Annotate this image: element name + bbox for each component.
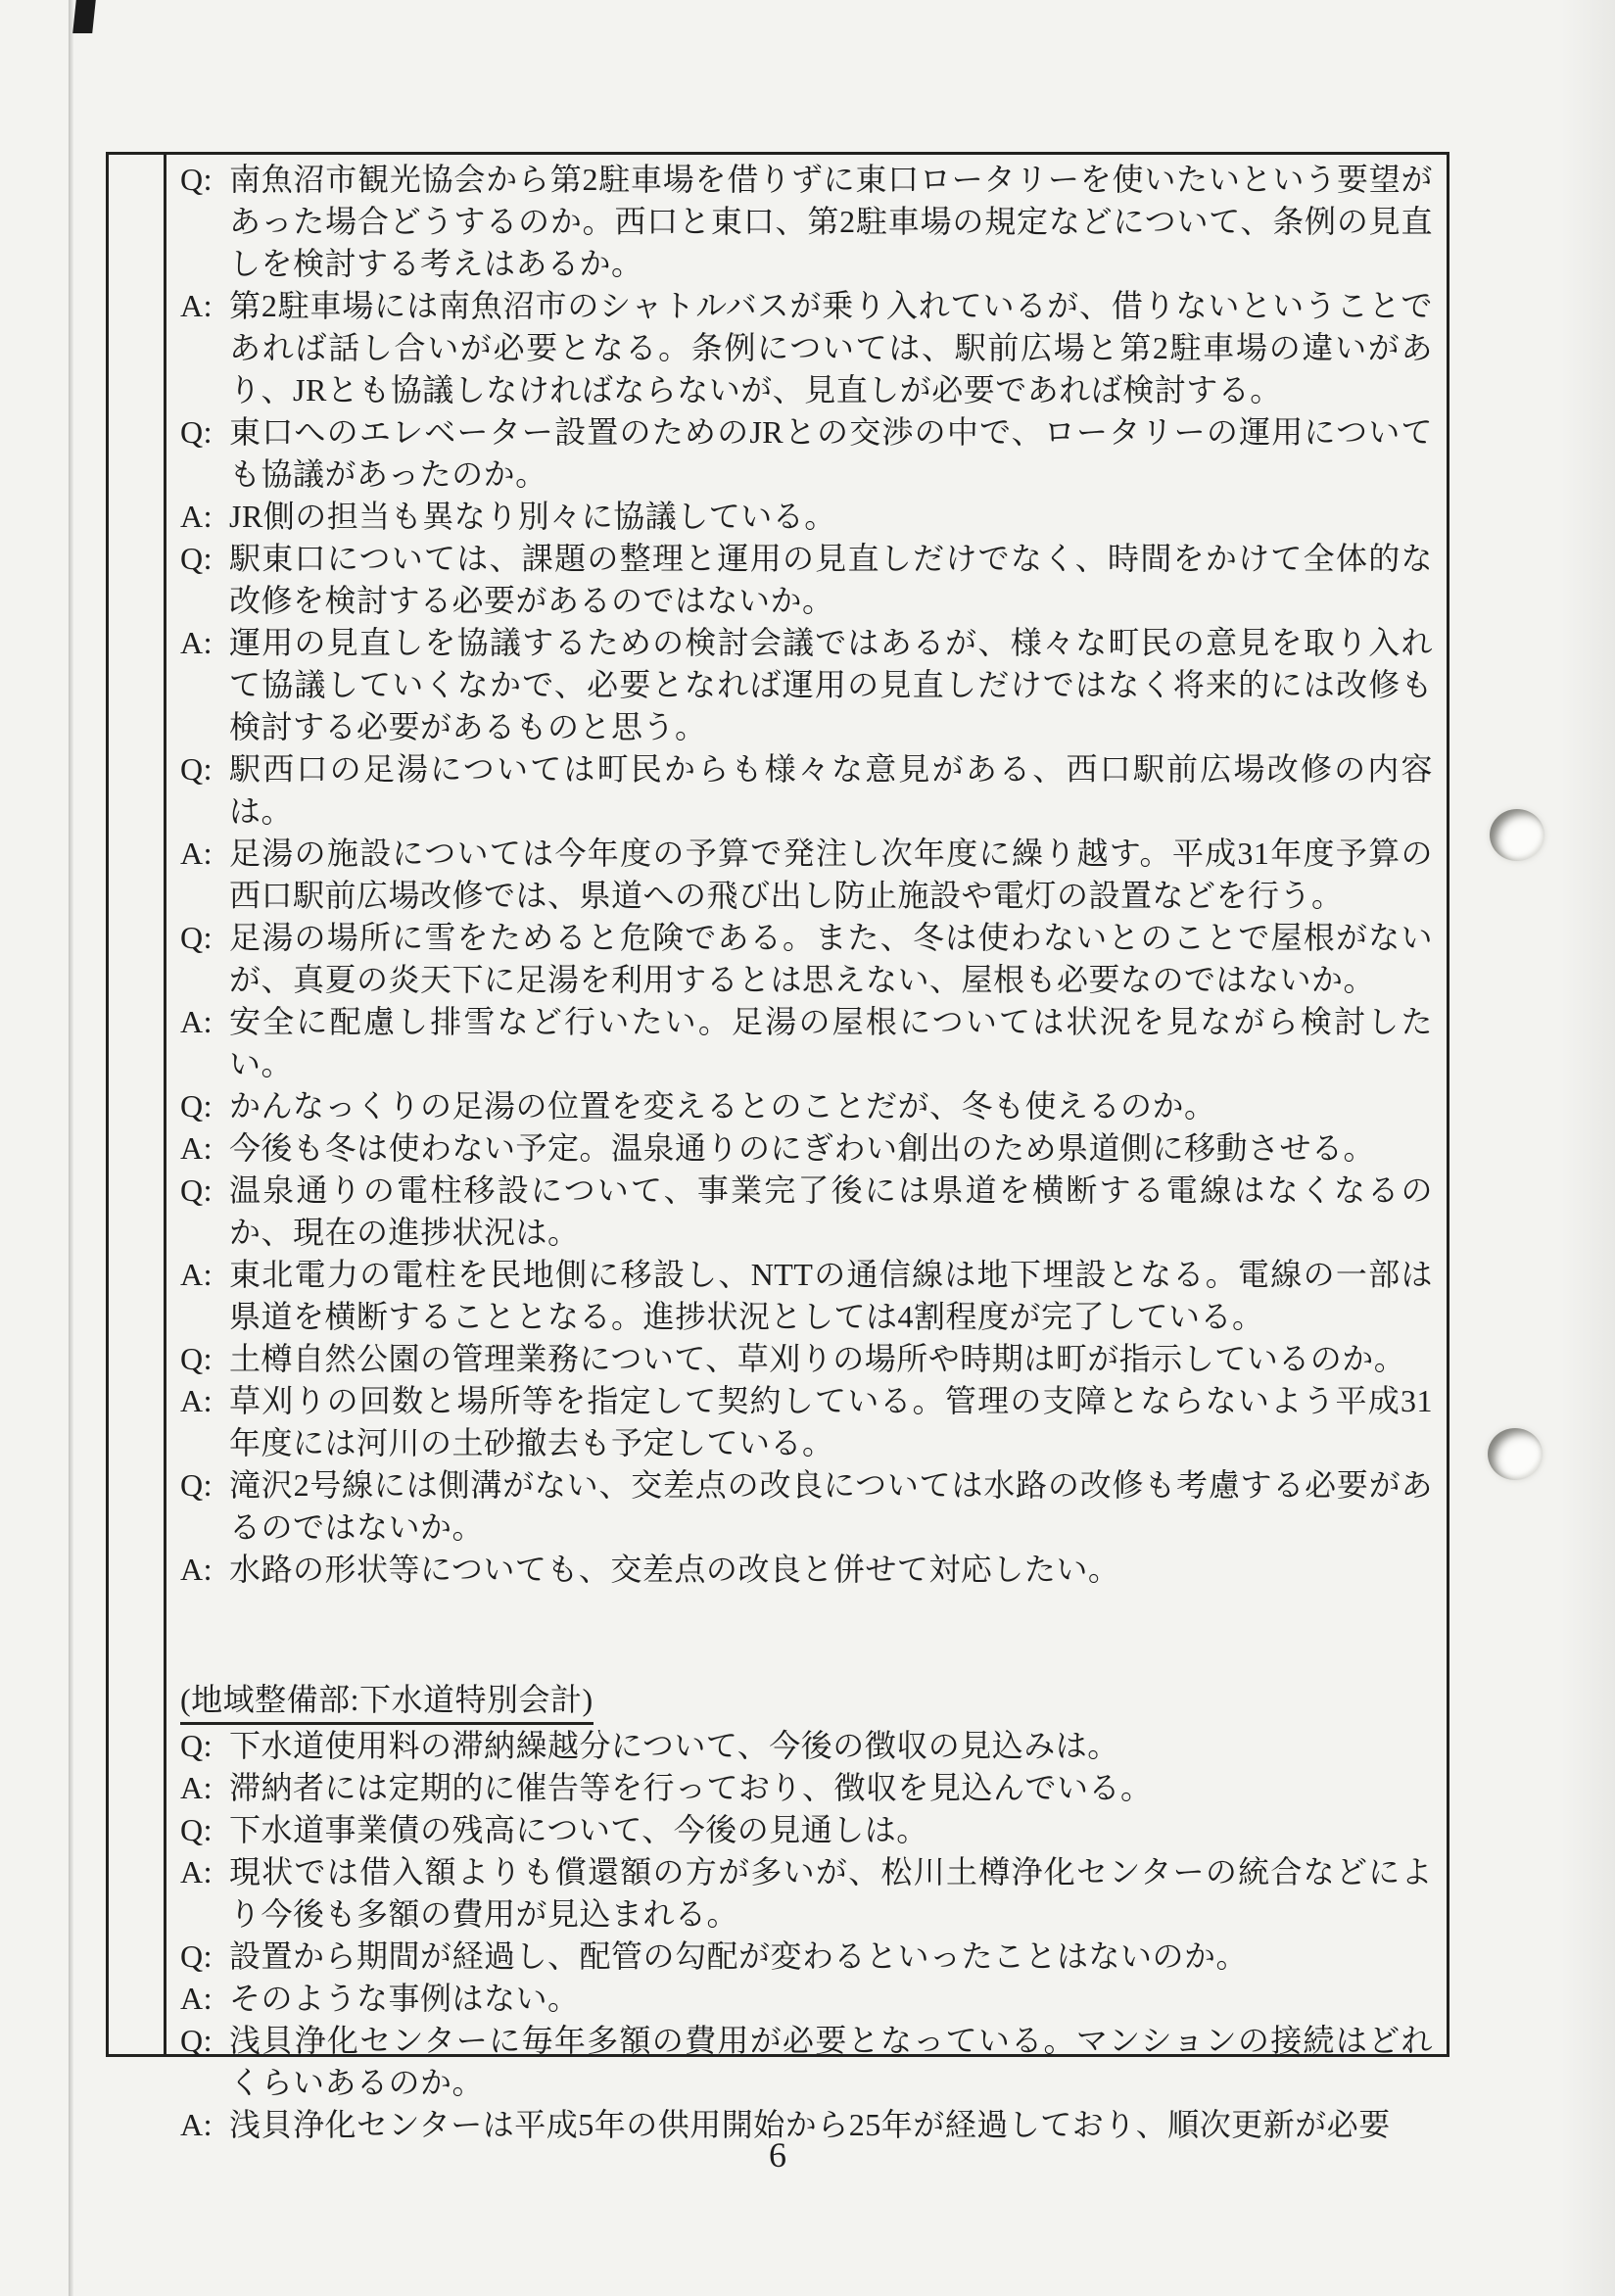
paper-right-edge-shadow (1561, 0, 1615, 2296)
punch-hole-top (1490, 809, 1544, 861)
qa-text: 足湯の施設については今年度の予算で発注し次年度に繰り越す。平成31年度予算の西口… (229, 833, 1433, 917)
qa-text: 足湯の場所に雪をためると危険である。また、冬は使わないとのことで屋根がないが、真… (229, 917, 1433, 1001)
qa-text: そのような事例はない。 (229, 1978, 1433, 2020)
qa-entry: A:今後も冬は使わない予定。温泉通りのにぎわい創出のため県道側に移動させる。 (180, 1127, 1433, 1170)
section-heading: (地域整備部:下水道特別会計) (180, 1679, 1433, 1725)
scanned-page: Q:南魚沼市観光協会から第2駐車場を借りずに東口ロータリーを使いたいという要望が… (0, 0, 1615, 2296)
qa-entry: A:第2駐車場には南魚沼市のシャトルバスが乗り入れているが、借りないということで… (180, 285, 1433, 411)
qa-text: 浅貝浄化センターに毎年多額の費用が必要となっている。マンションの接続はどれくらい… (229, 2020, 1433, 2104)
answer-prefix: A: (180, 285, 229, 411)
qa-entry: Q:設置から期間が経過し、配管の勾配が変わるといったことはないのか。 (180, 1936, 1433, 1978)
question-prefix: Q: (180, 917, 229, 1001)
qa-text: 草刈りの回数と場所等を指定して契約している。管理の支障とならないよう平成31年度… (229, 1380, 1433, 1464)
question-prefix: Q: (180, 748, 229, 833)
qa-entry: A:草刈りの回数と場所等を指定して契約している。管理の支障とならないよう平成31… (180, 1380, 1433, 1464)
paper-left-edge-shadow (69, 0, 73, 2296)
answer-prefix: A: (180, 496, 229, 538)
qa-entry: Q:足湯の場所に雪をためると危険である。また、冬は使わないとのことで屋根がないが… (180, 917, 1433, 1001)
section-gap (180, 1591, 1433, 1679)
question-prefix: Q: (180, 1338, 229, 1380)
qa-entry: Q:南魚沼市観光協会から第2駐車場を借りずに東口ロータリーを使いたいという要望が… (180, 159, 1433, 285)
qa-text: 水路の形状等についても、交差点の改良と併せて対応したい。 (229, 1549, 1433, 1591)
qa-text: 滞納者には定期的に催告等を行っており、徴収を見込んでいる。 (229, 1767, 1433, 1809)
qa-text: 第2駐車場には南魚沼市のシャトルバスが乗り入れているが、借りないということであれ… (229, 285, 1433, 411)
qa-text: 設置から期間が経過し、配管の勾配が変わるといったことはないのか。 (229, 1936, 1433, 1978)
qa-entry: Q:温泉通りの電柱移設について、事業完了後には県道を横断する電線はなくなるのか、… (180, 1170, 1433, 1254)
answer-prefix: A: (180, 1127, 229, 1170)
section-heading-text: (地域整備部:下水道特別会計) (180, 1679, 594, 1725)
qa-text: 温泉通りの電柱移設について、事業完了後には県道を横断する電線はなくなるのか、現在… (229, 1170, 1433, 1254)
qa-entry: Q:下水道使用料の滞納繰越分について、今後の徴収の見込みは。 (180, 1725, 1433, 1767)
qa-entry: A:安全に配慮し排雪など行いたい。足湯の屋根については状況を見ながら検討したい。 (180, 1001, 1433, 1085)
qa-list-general: Q:南魚沼市観光協会から第2駐車場を借りずに東口ロータリーを使いたいという要望が… (180, 159, 1433, 1591)
qa-entry: A:そのような事例はない。 (180, 1978, 1433, 2020)
page-number: 6 (106, 2133, 1449, 2176)
question-prefix: Q: (180, 2020, 229, 2104)
answer-prefix: A: (180, 1978, 229, 2020)
table-left-gutter (109, 155, 166, 2054)
qa-entry: A:水路の形状等についても、交差点の改良と併せて対応したい。 (180, 1549, 1433, 1591)
qa-text: 駅西口の足湯については町民からも様々な意見がある、西口駅前広場改修の内容は。 (229, 748, 1433, 833)
question-prefix: Q: (180, 411, 229, 496)
qa-entry: Q:かんなっくりの足湯の位置を変えるとのことだが、冬も使えるのか。 (180, 1085, 1433, 1127)
qa-entry: A:現状では借入額よりも償還額の方が多いが、松川土樽浄化センターの統合などにより… (180, 1851, 1433, 1936)
qa-entry: Q:滝沢2号線には側溝がない、交差点の改良については水路の改修も考慮する必要があ… (180, 1464, 1433, 1549)
question-prefix: Q: (180, 1725, 229, 1767)
qa-entry: Q:東口へのエレベーター設置のためのJRとの交渉の中で、ロータリーの運用について… (180, 411, 1433, 496)
answer-prefix: A: (180, 1767, 229, 1809)
question-prefix: Q: (180, 1936, 229, 1978)
scan-artifact-mark (72, 0, 96, 33)
qa-entry: Q:駅東口については、課題の整理と運用の見直しだけでなく、時間をかけて全体的な改… (180, 538, 1433, 622)
qa-entry: Q:土樽自然公園の管理業務について、草刈りの場所や時期は町が指示しているのか。 (180, 1338, 1433, 1380)
qa-text: 今後も冬は使わない予定。温泉通りのにぎわい創出のため県道側に移動させる。 (229, 1127, 1433, 1170)
question-prefix: Q: (180, 538, 229, 622)
answer-prefix: A: (180, 622, 229, 748)
answer-prefix: A: (180, 1549, 229, 1591)
qa-entry: A:運用の見直しを協議するための検討会議ではあるが、様々な町民の意見を取り入れて… (180, 622, 1433, 748)
answer-prefix: A: (180, 1254, 229, 1338)
question-prefix: Q: (180, 1464, 229, 1549)
qa-text: 東口へのエレベーター設置のためのJRとの交渉の中で、ロータリーの運用についても協… (229, 411, 1433, 496)
qa-text: 土樽自然公園の管理業務について、草刈りの場所や時期は町が指示しているのか。 (229, 1338, 1433, 1380)
qa-entry: Q:浅貝浄化センターに毎年多額の費用が必要となっている。マンションの接続はどれく… (180, 2020, 1433, 2104)
qa-text: 安全に配慮し排雪など行いたい。足湯の屋根については状況を見ながら検討したい。 (229, 1001, 1433, 1085)
qa-text: 駅東口については、課題の整理と運用の見直しだけでなく、時間をかけて全体的な改修を… (229, 538, 1433, 622)
qa-entry: A:足湯の施設については今年度の予算で発注し次年度に繰り越す。平成31年度予算の… (180, 833, 1433, 917)
qa-entry: Q:駅西口の足湯については町民からも様々な意見がある、西口駅前広場改修の内容は。 (180, 748, 1433, 833)
question-prefix: Q: (180, 159, 229, 285)
question-prefix: Q: (180, 1809, 229, 1851)
question-prefix: Q: (180, 1170, 229, 1254)
question-prefix: Q: (180, 1085, 229, 1127)
answer-prefix: A: (180, 1380, 229, 1464)
qa-entry: Q:下水道事業債の残高について、今後の見通しは。 (180, 1809, 1433, 1851)
answer-prefix: A: (180, 833, 229, 917)
qa-text: 滝沢2号線には側溝がない、交差点の改良については水路の改修も考慮する必要があるの… (229, 1464, 1433, 1549)
qa-text: かんなっくりの足湯の位置を変えるとのことだが、冬も使えるのか。 (229, 1085, 1433, 1127)
punch-hole-bottom (1488, 1428, 1543, 1480)
qa-text: 運用の見直しを協議するための検討会議ではあるが、様々な町民の意見を取り入れて協議… (229, 622, 1433, 748)
answer-prefix: A: (180, 1001, 229, 1085)
qa-list-sewer-special-account: Q:下水道使用料の滞納繰越分について、今後の徴収の見込みは。A:滞納者には定期的… (180, 1725, 1433, 2146)
qa-text: 現状では借入額よりも償還額の方が多いが、松川土樽浄化センターの統合などにより今後… (229, 1851, 1433, 1936)
qa-table: Q:南魚沼市観光協会から第2駐車場を借りずに東口ロータリーを使いたいという要望が… (106, 152, 1449, 2057)
qa-text: 東北電力の電柱を民地側に移設し、NTTの通信線は地下埋設となる。電線の一部は県道… (229, 1254, 1433, 1338)
qa-text: 下水道使用料の滞納繰越分について、今後の徴収の見込みは。 (229, 1725, 1433, 1767)
qa-text: JR側の担当も異なり別々に協議している。 (229, 496, 1433, 538)
qa-entry: A:JR側の担当も異なり別々に協議している。 (180, 496, 1433, 538)
qa-text: 下水道事業債の残高について、今後の見通しは。 (229, 1809, 1433, 1851)
qa-entry: A:滞納者には定期的に催告等を行っており、徴収を見込んでいる。 (180, 1767, 1433, 1809)
qa-content: Q:南魚沼市観光協会から第2駐車場を借りずに東口ロータリーを使いたいという要望が… (166, 155, 1447, 2054)
qa-entry: A:東北電力の電柱を民地側に移設し、NTTの通信線は地下埋設となる。電線の一部は… (180, 1254, 1433, 1338)
answer-prefix: A: (180, 1851, 229, 1936)
qa-text: 南魚沼市観光協会から第2駐車場を借りずに東口ロータリーを使いたいという要望があっ… (229, 159, 1433, 285)
